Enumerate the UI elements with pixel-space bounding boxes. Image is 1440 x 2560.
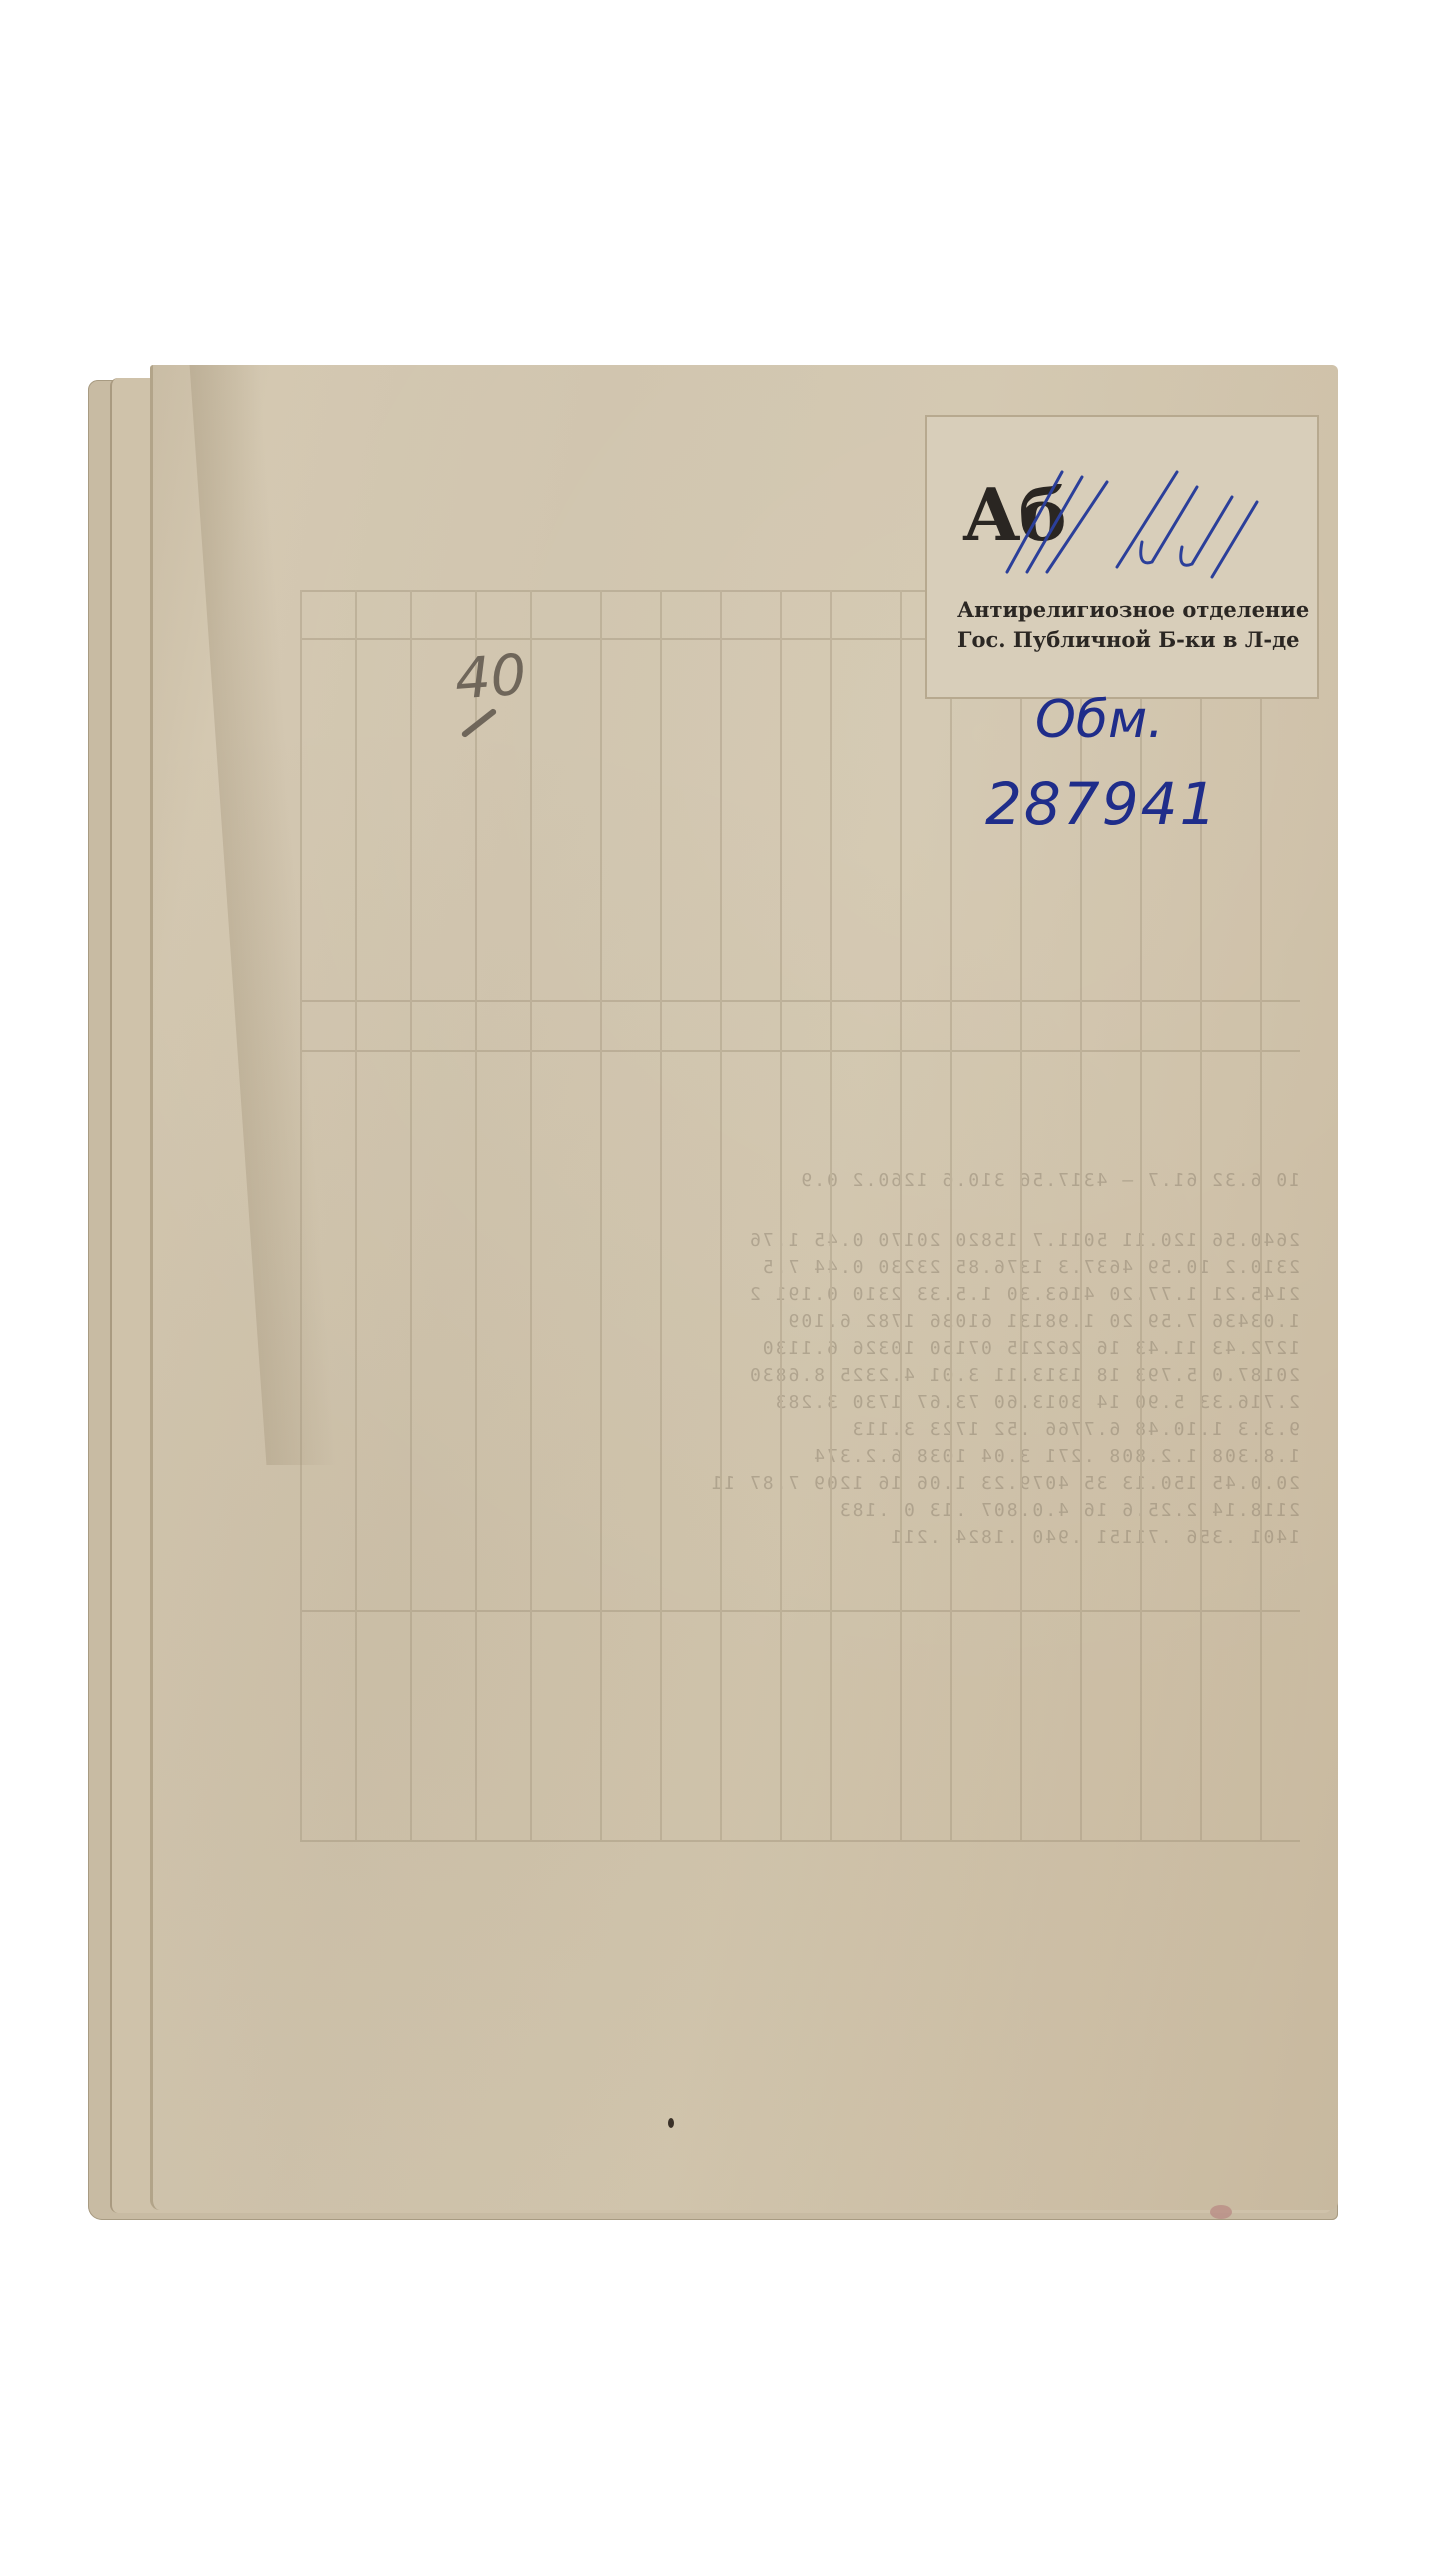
table-rule: [300, 1840, 1300, 1842]
handwritten-inventory-number: 287941: [985, 770, 1218, 838]
bleed-through-row: 20187.0 5.793 18 1313.11 3.01 4.2325 8.6…: [300, 1365, 1300, 1387]
handwritten-shelf-number: [967, 462, 1267, 582]
bleed-through-row: 2145.21 1.77.20 4163.30 1.5.33 2310 0.19…: [300, 1284, 1300, 1306]
table-column-rule: [355, 590, 357, 1840]
table-column-rule: [830, 590, 832, 1840]
bleed-through-row: 2640.56 120.11 5011.7 15820 20170 0.45 1…: [300, 1230, 1300, 1252]
bleed-through-row: 1.03436 7.59 20 1.98131 61036 1782 6.109: [300, 1311, 1300, 1333]
table-column-rule: [410, 590, 412, 1840]
table-column-rule: [1260, 590, 1262, 1840]
stamp-library-text: Гос. Публичной Б-ки в Л-де: [957, 627, 1299, 652]
table-column-rule: [600, 590, 602, 1840]
bleed-through-row: 1401 .356 .71151 .940 .1824 .211: [300, 1527, 1300, 1549]
table-rule: [300, 1610, 1300, 1612]
table-column-rule: [530, 590, 532, 1840]
table-column-rule: [300, 590, 302, 1840]
pencil-note: 40: [453, 643, 529, 713]
table-column-rule: [475, 590, 477, 1840]
bleed-through-row: 2.716.33 5.90 14 3013.60 73.67 1730 3.28…: [300, 1392, 1300, 1414]
stamp-department-text: Антирелигиозное отделение: [957, 597, 1309, 622]
table-column-rule: [900, 590, 902, 1840]
bleed-through-row: 1.8.308 1.2.808 .271 3.04 1038 6.2.374: [300, 1446, 1300, 1468]
table-column-rule: [950, 590, 952, 1840]
bleed-through-row: 2118.14 2.25.6 16 4.0.807 .13 0 .183: [300, 1500, 1300, 1522]
paper-blemish: [668, 2118, 674, 2128]
table-column-rule: [780, 590, 782, 1840]
bleed-through-row: 9.3.3 1.10.48 6.7766 .52 1723 3.113: [300, 1419, 1300, 1441]
bleed-through-row: 20.0.45 150.13 35 4079.23 1.06 16 1209 7…: [300, 1473, 1300, 1495]
table-rule: [300, 1000, 1300, 1002]
table-column-rule: [720, 590, 722, 1840]
bleed-through-row: 1272.43 11.43 16 262215 07150 10326 6.11…: [300, 1338, 1300, 1360]
table-column-rule: [660, 590, 662, 1840]
table-rule: [300, 1050, 1300, 1052]
handwritten-exchange-label: Обм.: [1035, 690, 1164, 750]
bleed-through-row: 2310.2 10.59 4637.3 1376.85 23230 0.44 7…: [300, 1257, 1300, 1279]
paper-stain: [1210, 2205, 1232, 2219]
library-stamp: Аб Антирелигиозное отделение Гос. Публич…: [925, 415, 1319, 699]
bleed-through-row: 10 6.32 61.7 — 4317.56 310.6 1260.2 0.9: [300, 1170, 1300, 1192]
